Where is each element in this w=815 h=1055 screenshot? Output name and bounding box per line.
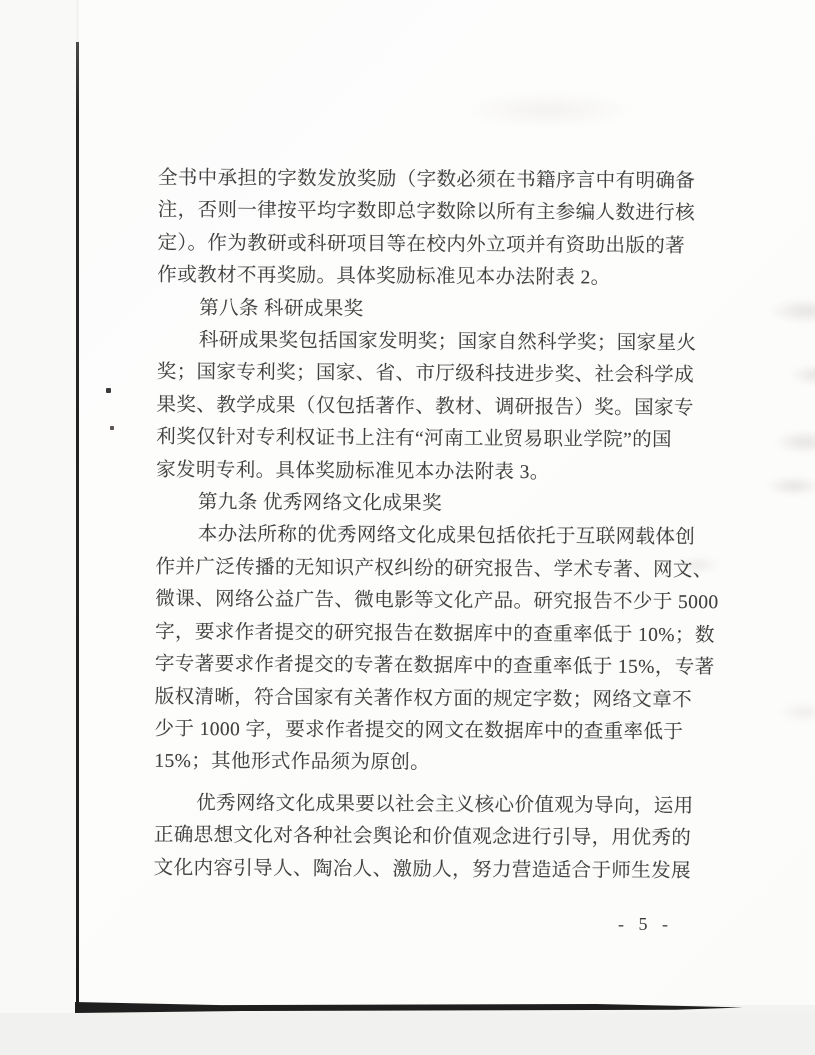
text-line: 科研成果奖包括国家发明奖；国家自然科学奖；国家星火 bbox=[157, 325, 685, 361]
text-line: 作并广泛传播的无知识产权纠纷的研究报告、学术专著、网文、 bbox=[155, 552, 683, 588]
scan-background-left-strip bbox=[0, 0, 76, 1055]
text-line: 15%；其他形式作品须为原创。 bbox=[154, 746, 682, 782]
text-line: 奖；国家专利奖；国家、省、市厅级科技进步奖、社会科学成 bbox=[157, 357, 685, 393]
text-line: 利奖仅针对专利权证书上注有“河南工业贸易职业学院”的国 bbox=[156, 422, 684, 458]
section-heading: 第九条 优秀网络文化成果奖 bbox=[156, 487, 684, 523]
text-line: 优秀网络文化成果要以社会主义核心价值观为导向，运用 bbox=[154, 787, 682, 823]
text-line: 果奖、教学成果（仅包括著作、教材、调研报告）奖。国家专 bbox=[156, 390, 684, 426]
text-line: 少于 1000 字，要求作者提交的网文在数据库中的查重率低于 bbox=[154, 714, 682, 750]
bleed-through-smudge bbox=[767, 298, 815, 324]
text-line: 定）。作为教研或科研项目等在校内外立项并有资助出版的著 bbox=[157, 228, 685, 264]
text-line: 注，否则一律按平均字数即总字数除以所有主参编人数进行核 bbox=[158, 195, 686, 231]
ink-speck bbox=[110, 426, 114, 430]
bleed-through-smudge bbox=[459, 92, 639, 128]
text-line: 微课、网络公益广告、微电影等文化产品。研究报告不少于 5000 bbox=[155, 584, 683, 620]
section-heading: 第八条 科研成果奖 bbox=[157, 292, 685, 328]
bleed-through-smudge bbox=[765, 476, 815, 496]
text-line: 文化内容引导人、陶冶人、激励人，努力营造适合于师生发展 bbox=[154, 852, 682, 888]
text-line: 字专著要求作者提交的专著在数据库中的查重率低于 15%，专著 bbox=[155, 649, 683, 685]
text-line: 本办法所称的优秀网络文化成果包括依托于互联网载体创 bbox=[156, 519, 684, 555]
page-number: - 5 - bbox=[618, 914, 673, 935]
text-line: 版权清晰，符合国家有关著作权方面的规定字数；网络文章不 bbox=[155, 681, 683, 717]
text-line: 全书中承担的字数发放奖励（字数必须在书籍序言中有明确备 bbox=[158, 163, 686, 199]
ink-speck bbox=[106, 388, 111, 393]
scan-edge-left bbox=[76, 42, 79, 1008]
text-line: 作或教材不再奖励。具体奖励标准见本办法附表 2。 bbox=[157, 260, 685, 296]
scan-background-bottom-strip bbox=[0, 1013, 815, 1055]
bleed-through-smudge bbox=[789, 364, 815, 386]
text-line: 正确思想文化对各种社会舆论和价值观念进行引导，用优秀的 bbox=[154, 820, 682, 856]
text-line: 家发明专利。具体奖励标准见本办法附表 3。 bbox=[156, 454, 684, 490]
document-text-block: 全书中承担的字数发放奖励（字数必须在书籍序言中有明确备注，否则一律按平均字数即总… bbox=[154, 163, 686, 888]
text-line: 字，要求作者提交的研究报告在数据库中的查重率低于 10%；数 bbox=[155, 616, 683, 652]
bleed-through-smudge bbox=[773, 430, 815, 454]
bleed-through-smudge bbox=[779, 702, 815, 722]
